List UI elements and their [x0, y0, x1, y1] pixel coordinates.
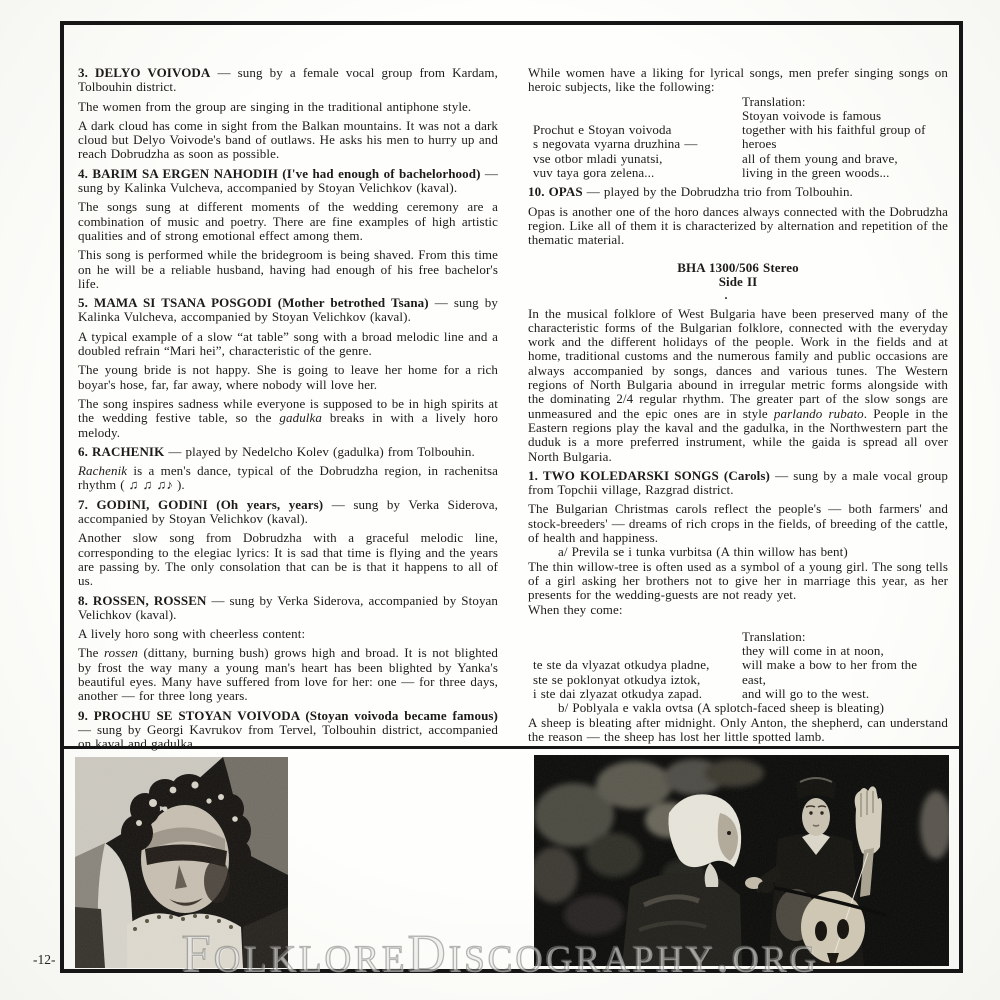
- track-10-heading: 10. OPAS — played by the Dobrudzha trio …: [528, 185, 948, 199]
- singer-and-gadulka-player-photo: [534, 755, 949, 966]
- track-5-note-1: A typical example of a slow “at table” s…: [78, 330, 498, 359]
- track-8-note-1: A lively horo song with cheerless conten…: [78, 627, 498, 641]
- track-3-heading: 3. DELYO VOIVODA — sung by a female voca…: [78, 66, 498, 95]
- page-frame-border: 3. DELYO VOIVODA — sung by a female voca…: [60, 21, 963, 973]
- right-column: While women have a liking for lyrical so…: [528, 66, 948, 744]
- bride-portrait-photo: [75, 757, 288, 968]
- track-8-heading: 8. ROSSEN, ROSSEN — sung by Verka Sidero…: [78, 594, 498, 623]
- track-1-note-1: The Bulgarian Christmas carols reflect t…: [528, 502, 948, 545]
- print-artifact-dot: .: [516, 292, 936, 298]
- lyrics-bulgarian: Prochut e Stoyan voivodas negovata vyarn…: [528, 95, 742, 181]
- lyrics-bulgarian: te ste da vlyazat otkudya pladne,ste se …: [528, 630, 742, 701]
- track-8-note-2: The rossen (dittany, burning bush) grows…: [78, 646, 498, 703]
- track-4-heading: 4. BARIM SA ERGEN NAHODIH (I've had enou…: [78, 167, 498, 196]
- carol-b-title: b/ Poblyala e vakla ovtsa (A splotch-fac…: [528, 701, 948, 715]
- carol-b-note: A sheep is bleating after midnight. Only…: [528, 716, 948, 745]
- track-3-note-1: The women from the group are singing in …: [78, 100, 498, 114]
- track-7-note-1: Another slow song from Dobrudzha with a …: [78, 531, 498, 588]
- track-10-note-1: Opas is another one of the horo dances a…: [528, 205, 948, 248]
- left-column: 3. DELYO VOIVODA — sung by a female voca…: [78, 66, 498, 756]
- page-number: -12-: [33, 952, 56, 968]
- catalogue-number: BHA 1300/506 Stereo: [528, 261, 948, 276]
- carol-a-title: a/ Previla se i tunka vurbitsa (A thin w…: [528, 545, 948, 559]
- track-6-heading: 6. RACHENIK — played by Nedelcho Kolev (…: [78, 445, 498, 459]
- when-they-come-line: When they come:: [528, 603, 948, 617]
- side-label: Side II: [528, 275, 948, 290]
- track-4-note-1: The songs sung at different moments of t…: [78, 200, 498, 243]
- liner-notes-page: -12- 3. DELYO VOIVODA — sung by a female…: [0, 0, 1000, 1000]
- stoyan-lyrics-translation-block: Prochut e Stoyan voivodas negovata vyarn…: [528, 95, 948, 181]
- track-7-heading: 7. GODINI, GODINI (Oh years, years) — su…: [78, 498, 498, 527]
- track-4-note-2: This song is performed while the bridegr…: [78, 248, 498, 291]
- carol-lyrics-translation-block: te ste da vlyazat otkudya pladne,ste se …: [528, 630, 948, 701]
- track-5-note-2: The young bride is not happy. She is goi…: [78, 363, 498, 392]
- heroic-songs-intro: While women have a liking for lyrical so…: [528, 66, 948, 95]
- lyrics-english: Translation:Stoyan voivode is famoustoge…: [742, 95, 948, 181]
- side-2-intro: In the musical folklore of West Bulgaria…: [528, 307, 948, 464]
- horizontal-divider: [60, 746, 963, 749]
- track-5-heading: 5. MAMA SI TSANA POSGODI (Mother betroth…: [78, 296, 498, 325]
- track-3-note-2: A dark cloud has come in sight from the …: [78, 119, 498, 162]
- track-1-heading: 1. TWO KOLEDARSKI SONGS (Carols) — sung …: [528, 469, 948, 498]
- track-5-note-3: The song inspires sadness while everyone…: [78, 397, 498, 440]
- carol-a-note: The thin willow-tree is often used as a …: [528, 560, 948, 603]
- album-side-heading: BHA 1300/506 Stereo Side II: [528, 261, 948, 290]
- lyrics-english: Translation:they will come in at noon,wi…: [742, 630, 948, 701]
- track-6-note-1: Rachenik is a men's dance, typical of th…: [78, 464, 498, 493]
